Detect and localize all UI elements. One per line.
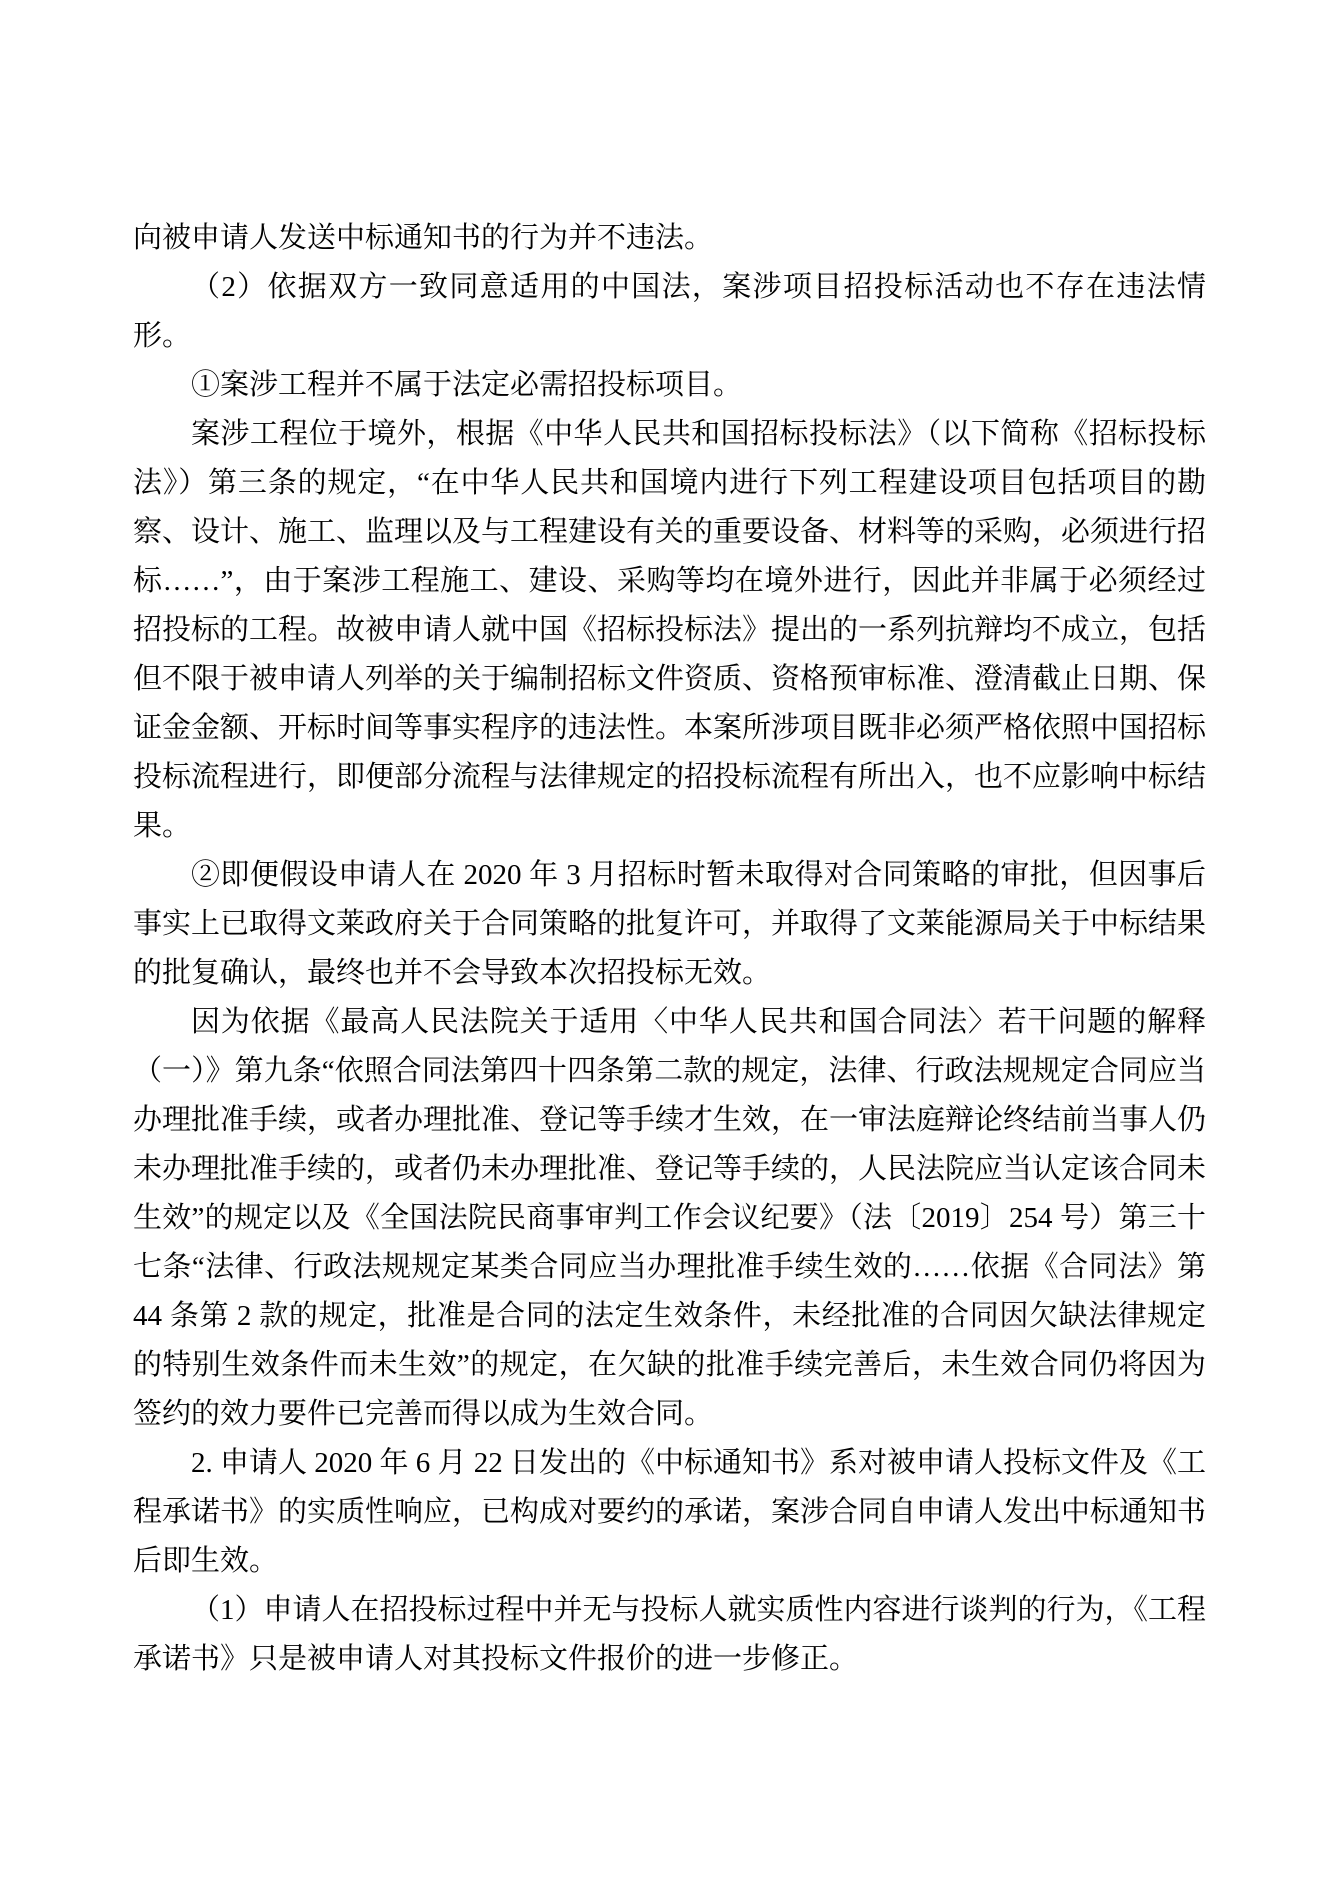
paragraph: （1）申请人在招投标过程中并无与投标人就实质性内容进行谈判的行为，《工程承诺书》… [133, 1586, 1206, 1684]
document-text-block: 向被申请人发送中标通知书的行为并不违法。（2）依据双方一致同意适用的中国法，案涉… [133, 214, 1206, 1684]
paragraph: （2）依据双方一致同意适用的中国法，案涉项目招投标活动也不存在违法情形。 [133, 263, 1206, 361]
paragraph: 因为依据《最高人民法院关于适用〈中华人民共和国合同法〉若干问题的解释（一）》第九… [133, 998, 1206, 1439]
paragraph: 2. 申请人 2020 年 6 月 22 日发出的《中标通知书》系对被申请人投标… [133, 1439, 1206, 1586]
paragraph: 向被申请人发送中标通知书的行为并不违法。 [133, 214, 1206, 263]
document-page: 向被申请人发送中标通知书的行为并不违法。（2）依据双方一致同意适用的中国法，案涉… [0, 0, 1339, 1890]
paragraph: ①案涉工程并不属于法定必需招投标项目。 [133, 361, 1206, 410]
paragraph: 案涉工程位于境外，根据《中华人民共和国招标投标法》（以下简称《招标投标法》）第三… [133, 410, 1206, 851]
paragraph: ②即便假设申请人在 2020 年 3 月招标时暂未取得对合同策略的审批，但因事后… [133, 851, 1206, 998]
